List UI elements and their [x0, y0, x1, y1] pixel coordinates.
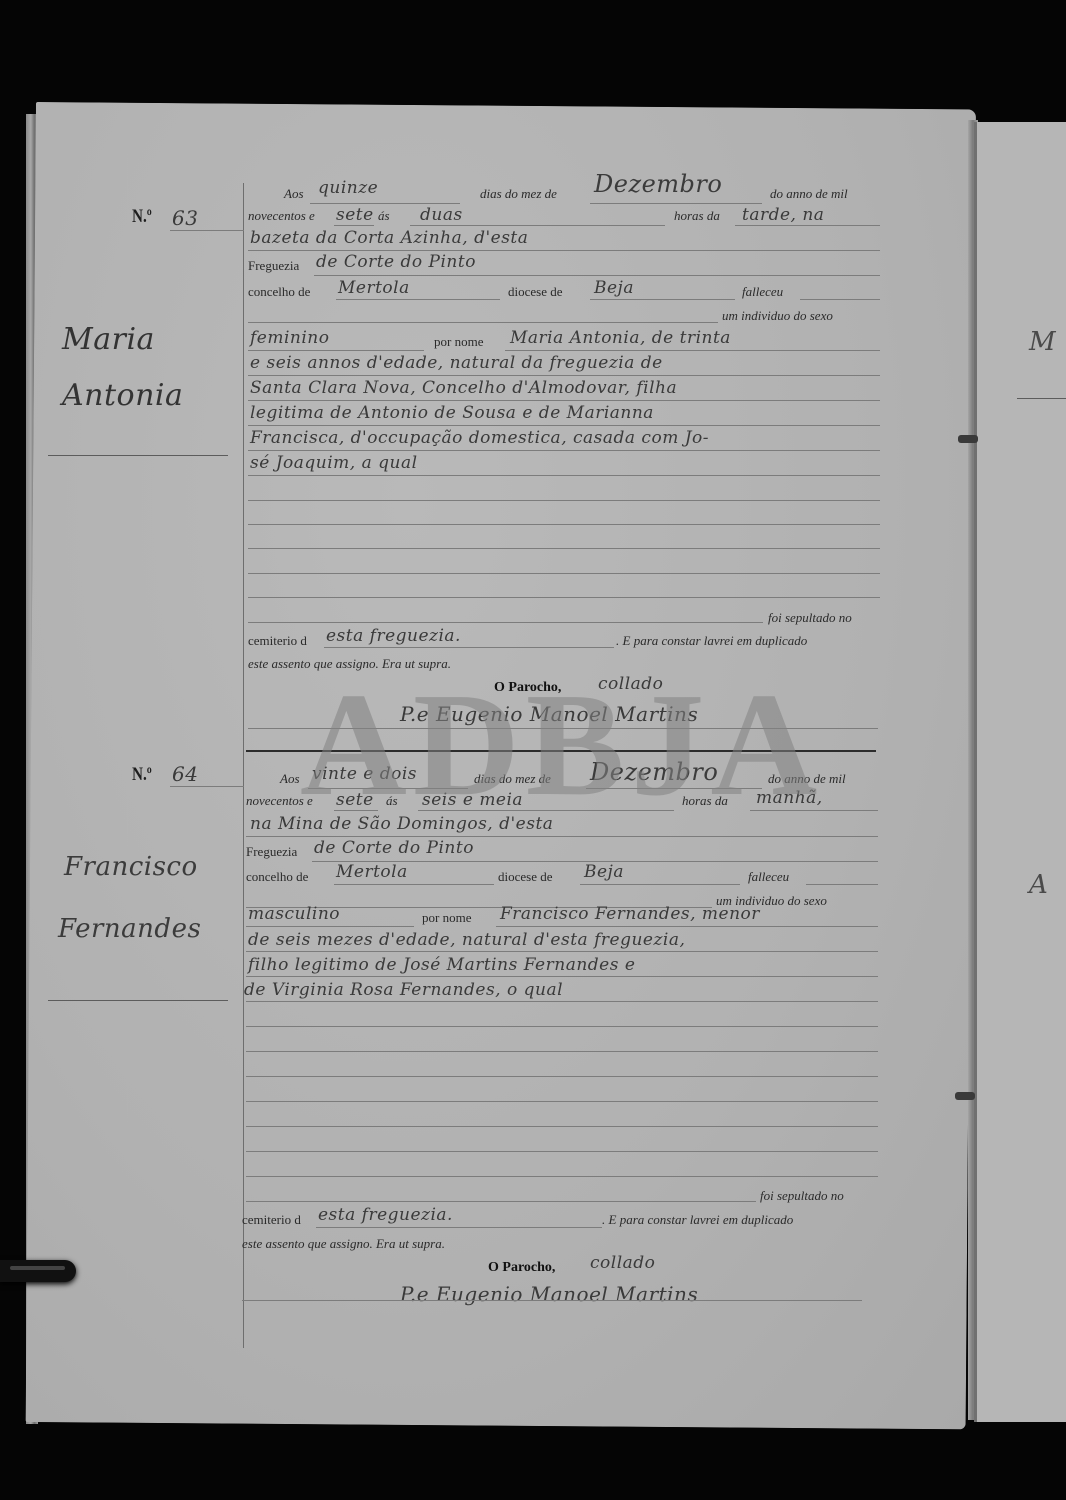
field-rule	[314, 275, 880, 276]
entry-number: 63	[172, 206, 198, 230]
body-rule	[248, 622, 763, 623]
label-assento: este assento que assigno. Era ut supra.	[248, 656, 451, 672]
field-rule	[334, 225, 374, 226]
field-sexo: feminino	[250, 328, 329, 348]
label-concelho: concelho de	[248, 284, 310, 300]
body-rule	[248, 450, 880, 451]
label-aos: Aos	[284, 186, 304, 202]
field-year: sete	[336, 205, 374, 225]
field-period: tarde, na	[742, 205, 824, 225]
field-rule	[246, 926, 414, 927]
margin-name: Maria	[62, 322, 155, 357]
body-rule	[248, 597, 880, 598]
field-rule	[505, 350, 880, 351]
field-nome: Maria Antonia, de trinta	[510, 328, 731, 348]
signature: P.e Eugenio Manoel Martins	[400, 702, 698, 726]
field-concelho: Mertola	[336, 862, 408, 882]
entry-number-label: N.º	[132, 764, 152, 786]
field-concelho: Mertola	[338, 278, 410, 298]
field-cemiterio: esta freguezia.	[318, 1205, 453, 1225]
field-diocese: Beja	[584, 862, 624, 882]
field-freguezia: de Corte do Pinto	[314, 838, 474, 858]
body-rule	[246, 1151, 878, 1152]
label-aos: Aos	[280, 771, 300, 787]
label-as: ás	[386, 793, 398, 809]
field-rule	[248, 350, 424, 351]
label-sepultado: foi sepultado no	[768, 610, 852, 626]
body-rule	[246, 1026, 878, 1027]
label-cemiterio: cemiterio d	[242, 1212, 301, 1228]
parocho-note: collado	[590, 1253, 655, 1273]
field-month: Dezembro	[590, 758, 718, 786]
signature-rule	[242, 1300, 862, 1301]
field-place: na Mina de São Domingos, d'esta	[250, 814, 553, 834]
body-rule	[246, 951, 878, 952]
field-rule	[750, 810, 878, 811]
body-line: e seis annos d'edade, natural da freguez…	[250, 353, 663, 373]
label-sexo: um individuo do sexo	[722, 308, 833, 324]
register-page	[26, 102, 976, 1429]
body-line: Santa Clara Nova, Concelho d'Almodovar, …	[250, 378, 677, 398]
field-rule	[308, 788, 468, 789]
body-rule	[246, 1051, 878, 1052]
number-rule	[170, 786, 244, 787]
body-line: sé Joaquim, a qual	[250, 453, 418, 473]
label-falleceu: falleceu	[748, 869, 789, 885]
parocho-note: collado	[598, 674, 663, 694]
field-rule	[410, 225, 665, 226]
label-horas: horas da	[674, 208, 720, 224]
label-parocho: O Parocho,	[488, 1260, 555, 1276]
label-month: dias do mez de	[474, 771, 551, 787]
label-diocese: diocese de	[498, 869, 553, 885]
field-rule	[735, 225, 880, 226]
label-year: do anno de mil	[768, 771, 846, 787]
label-as: ás	[378, 208, 390, 224]
field-rule	[806, 884, 878, 885]
label-concelho: concelho de	[246, 869, 308, 885]
field-month: Dezembro	[594, 170, 722, 198]
field-rule	[580, 884, 740, 885]
margin-name: Francisco	[64, 852, 198, 882]
field-rule	[310, 203, 460, 204]
label-novecentos: novecentos e	[248, 208, 315, 224]
facing-page-fragment: M	[1029, 327, 1056, 357]
number-rule	[170, 230, 244, 231]
body-rule	[246, 1076, 878, 1077]
field-rule	[248, 250, 880, 251]
label-diocese: diocese de	[508, 284, 563, 300]
binding-stitch-icon	[958, 435, 978, 443]
body-line: de Virginia Rosa Fernandes, o qual	[244, 980, 563, 1000]
body-rule	[248, 500, 880, 501]
field-sexo: masculino	[248, 904, 340, 924]
field-rule	[590, 299, 735, 300]
margin-surname: Fernandes	[58, 914, 201, 944]
body-rule	[248, 548, 880, 549]
body-rule	[248, 400, 880, 401]
signature: P.e Eugenio Manoel Martins	[400, 1282, 698, 1306]
binder-clip-icon	[0, 1260, 76, 1282]
field-rule	[248, 322, 718, 323]
label-year: do anno de mil	[770, 186, 848, 202]
label-cemiterio: cemiterio d	[248, 633, 307, 649]
field-year: sete	[336, 790, 374, 810]
label-por-nome: por nome	[434, 334, 483, 350]
label-month: dias do mez de	[480, 186, 557, 202]
body-rule	[246, 1176, 878, 1177]
label-novecentos: novecentos e	[246, 793, 313, 809]
facing-page-fragment: A	[1029, 870, 1048, 900]
field-rule	[334, 884, 494, 885]
field-period: manhã,	[756, 788, 823, 808]
margin-rule	[243, 183, 244, 1348]
facing-page: M A	[974, 122, 1066, 1422]
field-rule	[316, 1227, 602, 1228]
label-falleceu: falleceu	[742, 284, 783, 300]
margin-name-rule	[48, 1000, 228, 1001]
body-rule	[248, 524, 880, 525]
field-rule	[246, 836, 878, 837]
field-rule	[324, 647, 614, 648]
body-rule	[248, 573, 880, 574]
field-day: vinte e dois	[312, 764, 417, 784]
label-assento: este assento que assigno. Era ut supra.	[242, 1236, 445, 1252]
label-freguezia: Freguezia	[248, 258, 299, 274]
body-rule	[248, 375, 880, 376]
label-parocho: O Parocho,	[494, 680, 561, 696]
body-rule	[248, 425, 880, 426]
label-horas: horas da	[682, 793, 728, 809]
field-rule	[418, 810, 674, 811]
field-rule	[800, 299, 880, 300]
body-rule	[246, 1001, 878, 1002]
body-line: de seis mezes d'edade, natural d'esta fr…	[248, 930, 685, 950]
field-rule	[336, 299, 500, 300]
field-rule	[586, 788, 762, 789]
label-sepultado: foi sepultado no	[760, 1188, 844, 1204]
field-freguezia: de Corte do Pinto	[316, 252, 476, 272]
entry-separator	[246, 750, 876, 752]
label-constar: . E para constar lavrei em duplicado	[616, 633, 807, 649]
field-diocese: Beja	[594, 278, 634, 298]
signature-rule	[248, 728, 878, 729]
field-hour: duas	[420, 205, 463, 225]
field-hour: seis e meia	[422, 790, 523, 810]
field-place: bazeta da Corta Azinha, d'esta	[250, 228, 528, 248]
margin-surname: Antonia	[62, 378, 183, 413]
field-rule	[496, 926, 878, 927]
field-rule	[334, 810, 378, 811]
body-rule	[246, 1201, 756, 1202]
body-line: Francisca, d'occupação domestica, casada…	[250, 428, 709, 448]
field-nome: Francisco Fernandes, menor	[500, 904, 760, 924]
body-rule	[246, 976, 878, 977]
body-line: filho legitimo de José Martins Fernandes…	[248, 955, 635, 975]
field-day: quinze	[318, 178, 378, 198]
field-cemiterio: esta freguezia.	[326, 626, 461, 646]
entry-number: 64	[172, 762, 198, 786]
label-constar: . E para constar lavrei em duplicado	[602, 1212, 793, 1228]
field-rule	[590, 203, 762, 204]
binding-stitch-icon	[955, 1092, 975, 1100]
facing-page-rule	[1017, 398, 1066, 399]
label-freguezia: Freguezia	[246, 844, 297, 860]
body-line: legitima de Antonio de Sousa e de Marian…	[250, 403, 654, 423]
margin-name-rule	[48, 455, 228, 456]
body-rule	[246, 1126, 878, 1127]
body-rule	[248, 475, 880, 476]
label-por-nome: por nome	[422, 910, 471, 926]
entry-number-label: N.º	[132, 206, 152, 228]
body-rule	[246, 1101, 878, 1102]
